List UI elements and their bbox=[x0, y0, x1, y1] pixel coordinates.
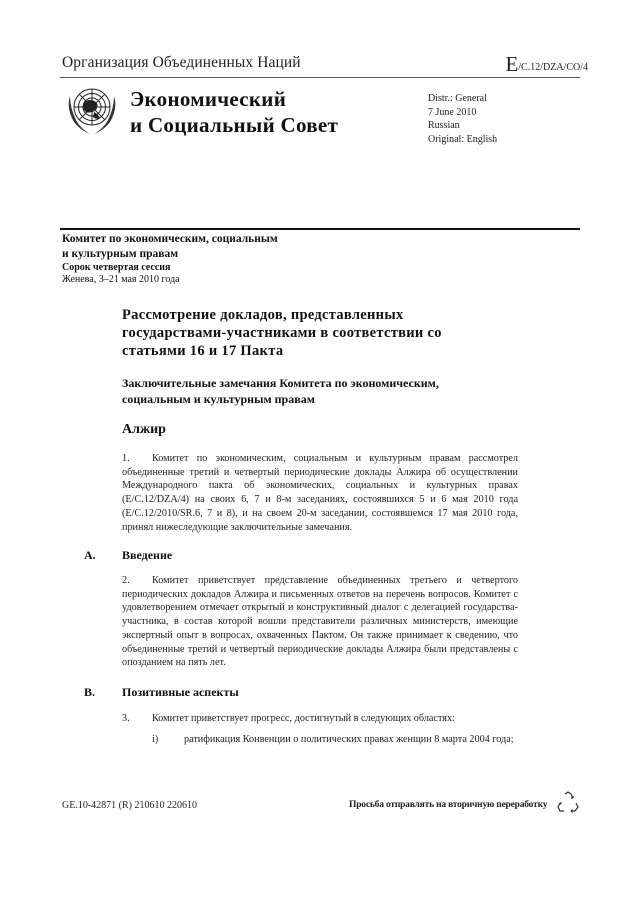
country-heading: Алжир bbox=[122, 422, 166, 438]
title-line: государствами-участниками в соответствии… bbox=[122, 324, 442, 342]
distribution-original: Original: English bbox=[428, 133, 497, 147]
list-item-i: i)ратификация Конвенции о политических п… bbox=[152, 733, 518, 747]
title-line: Рассмотрение докладов, представленных bbox=[122, 306, 442, 324]
paragraph-number: 3. bbox=[122, 712, 152, 726]
document-symbol-letter: E bbox=[505, 52, 518, 76]
subtitle-line: социальным и культурным правам bbox=[122, 391, 439, 407]
committee-name: Комитет по экономическим, социальным и к… bbox=[62, 232, 278, 262]
header-rule bbox=[60, 77, 580, 78]
section-letter: A. bbox=[84, 548, 122, 563]
recycle-icon bbox=[556, 790, 580, 814]
distribution-info: Distr.: General 7 June 2010 Russian Orig… bbox=[428, 92, 497, 146]
committee-rule bbox=[60, 228, 580, 230]
paragraph-1: 1.Комитет по экономическим, социальным и… bbox=[122, 452, 518, 534]
committee-name-line1: Комитет по экономическим, социальным bbox=[62, 232, 278, 247]
list-item-number: i) bbox=[152, 733, 184, 747]
document-symbol-code: /C.12/DZA/CO/4 bbox=[518, 62, 588, 73]
session-name: Сорок четвертая сессия bbox=[62, 262, 180, 274]
paragraph-text: Комитет приветствует представление объед… bbox=[122, 575, 518, 668]
distribution-language: Russian bbox=[428, 119, 497, 133]
session-place-date: Женева, 3–21 мая 2010 года bbox=[62, 274, 180, 286]
section-a-heading: A.Введение bbox=[84, 548, 172, 563]
un-emblem-icon bbox=[62, 82, 122, 138]
document-symbol: E/C.12/DZA/CO/4 bbox=[505, 52, 588, 77]
paragraph-text: Комитет приветствует прогресс, достигнут… bbox=[152, 713, 455, 724]
council-name-line1: Экономический bbox=[130, 86, 338, 112]
document-subtitle: Заключительные замечания Комитета по эко… bbox=[122, 375, 439, 407]
section-letter: B. bbox=[84, 685, 122, 700]
document-title: Рассмотрение докладов, представленных го… bbox=[122, 306, 442, 360]
council-name-line2: и Социальный Совет bbox=[130, 112, 338, 138]
paragraph-2: 2.Комитет приветствует представление объ… bbox=[122, 574, 518, 670]
paragraph-text: Комитет по экономическим, социальным и к… bbox=[122, 453, 518, 533]
section-b-heading: B.Позитивные аспекты bbox=[84, 685, 239, 700]
organization-name: Организация Объединенных Наций bbox=[62, 54, 301, 72]
recycle-notice: Просьба отправлять на вторичную перерабо… bbox=[349, 800, 547, 810]
committee-name-line2: и культурным правам bbox=[62, 247, 278, 262]
paragraph-number: 1. bbox=[122, 452, 152, 466]
paragraph-3: 3.Комитет приветствует прогресс, достигн… bbox=[122, 712, 518, 726]
footer-document-id: GE.10-42871 (R) 210610 220610 bbox=[62, 800, 197, 811]
title-line: статьями 16 и 17 Пакта bbox=[122, 342, 442, 360]
distribution-type: Distr.: General bbox=[428, 92, 497, 106]
council-name: Экономический и Социальный Совет bbox=[130, 86, 338, 138]
paragraph-number: 2. bbox=[122, 574, 152, 588]
subtitle-line: Заключительные замечания Комитета по эко… bbox=[122, 375, 439, 391]
session-info: Сорок четвертая сессия Женева, 3–21 мая … bbox=[62, 262, 180, 286]
section-title: Введение bbox=[122, 548, 172, 562]
list-item-text: ратификация Конвенции о политических пра… bbox=[184, 734, 514, 745]
distribution-date: 7 June 2010 bbox=[428, 106, 497, 120]
section-title: Позитивные аспекты bbox=[122, 685, 239, 699]
